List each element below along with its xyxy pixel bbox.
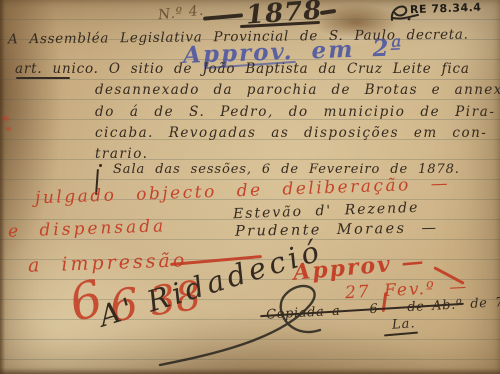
article-line-2: desannexado da parochia de Brotas e anne… (95, 82, 500, 98)
article-line-1: art. unico. O sitio de João Baptista da … (15, 61, 470, 77)
bottom-edge-shadow (0, 368, 500, 374)
signature-deputy-1: Estevão d' Rezende (233, 200, 420, 222)
red-edge-speck-2 (6, 127, 11, 131)
art-unico-underline (16, 77, 70, 79)
caret-dot (99, 164, 102, 167)
manuscript-page: N.º 4. 1878 RE 78.34.4 A Assembléa Legis… (0, 0, 500, 374)
document-number: N.º 4. (157, 3, 205, 24)
article-line-4: cicaba. Revogadas as disposições em con- (95, 125, 487, 141)
copy-note-initials: La. (392, 316, 417, 333)
red-note-dispensed: e dispensada (8, 216, 167, 242)
signature-flourish-icon (150, 270, 370, 370)
signature-deputy-2: Prudente Moraes — (235, 220, 439, 240)
article-line-5: trario. (95, 146, 148, 162)
article-line-3: do á de S. Pedro, do municipio de Pira- (95, 104, 496, 120)
year-trailing-dash (320, 9, 336, 15)
year-leading-dash (203, 13, 243, 20)
initials-underline (384, 332, 418, 336)
left-edge-shadow (0, 0, 5, 374)
catalog-code: RE 78.34.4 (410, 1, 482, 16)
